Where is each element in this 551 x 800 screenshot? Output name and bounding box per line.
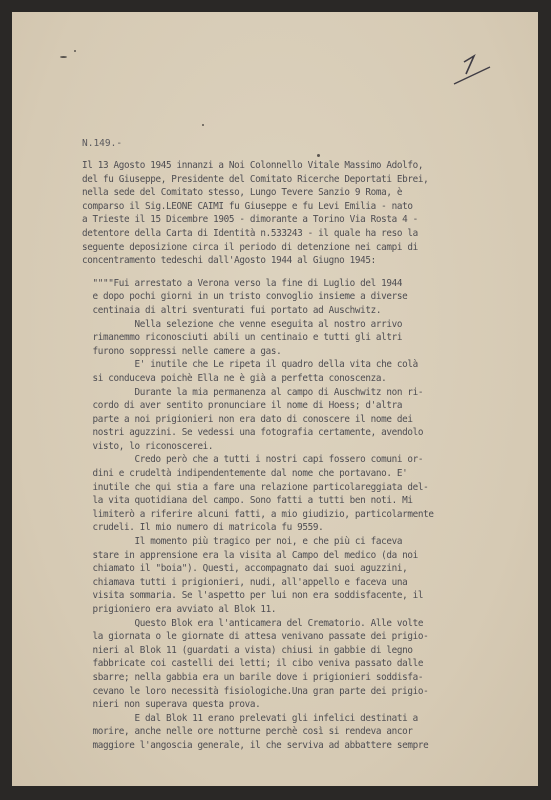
text-line: inutile che qui stia a fare una relazion… [82, 481, 532, 495]
text-line: Nella selezione che venne eseguita al no… [82, 318, 532, 332]
text-line: centinaia di altri sventurati fui portat… [82, 304, 532, 318]
text-line: crudeli. Il mio numero di matricola fu 9… [82, 521, 532, 535]
text-line: Questo Blok era l'anticamera del Cremato… [82, 617, 532, 631]
ink-speck [60, 56, 67, 58]
text-line: del fu Giuseppe, Presidente del Comitato… [82, 173, 532, 187]
text-line: chiamato il "boia"). Questi, accompagnat… [82, 562, 532, 576]
text-line: concentramento tedeschi dall'Agosto 1944… [82, 254, 532, 268]
text-line: cevano le loro necessità fisiologiche.Un… [82, 685, 532, 699]
text-line: si conduceva poichè Ella ne è già a perf… [82, 372, 532, 386]
text-line: parte a noi prigionieri non era dato di … [82, 413, 532, 427]
deposition-text: Il 13 Agosto 1945 innanzi a Noi Colonnel… [82, 159, 532, 753]
testimony-body: """"Fui arrestato a Verona verso la fine… [82, 277, 532, 753]
handwritten-page-number [452, 50, 502, 90]
text-line: visto, lo riconoscerei. [82, 440, 532, 454]
text-line: prigioniero era avviato al Blok 11. [82, 603, 532, 617]
text-line: rimanemmo riconosciuti abili un centinai… [82, 331, 532, 345]
ink-speck [74, 50, 76, 52]
text-line: nieri al Blok 11 (guardati a vista) chiu… [82, 644, 532, 658]
document-number: N.149.- [82, 138, 122, 149]
text-line: morire, anche nelle ore notturne perchè … [82, 725, 532, 739]
text-line: la vita quotidiana del campo. Sono fatti… [82, 494, 532, 508]
text-line: visita sommaria. Se l'aspetto per lui no… [82, 589, 532, 603]
ink-speck [202, 124, 204, 126]
text-line: stare in apprensione era la visita al Ca… [82, 549, 532, 563]
text-line: detentore della Carta di Identità n.5332… [82, 227, 532, 241]
text-line: nieri non superava questa prova. [82, 698, 532, 712]
text-line: maggiore l'angoscia generale, il che ser… [82, 739, 532, 753]
text-line: Durante la mia permanenza al campo di Au… [82, 386, 532, 400]
text-line: chiamava tutti i prigionieri, nudi, all'… [82, 576, 532, 590]
text-line: nostri aguzzini. Se vedessi una fotograf… [82, 426, 532, 440]
text-line: seguente deposizione circa il periodo di… [82, 241, 532, 255]
text-line: furono soppressi nelle camere a gas. [82, 345, 532, 359]
text-line: E' inutile che Le ripeta il quadro della… [82, 358, 532, 372]
text-line: E dal Blok 11 erano prelevati gli infeli… [82, 712, 532, 726]
text-line: nella sede del Comitato stesso, Lungo Te… [82, 186, 532, 200]
ink-speck [317, 154, 320, 157]
text-line: Credo però che a tutti i nostri capi fos… [82, 453, 532, 467]
intro-paragraph: Il 13 Agosto 1945 innanzi a Noi Colonnel… [82, 159, 532, 268]
text-line: cordo di aver sentito pronunciare il nom… [82, 399, 532, 413]
text-line: Il momento più tragico per noi, e che pi… [82, 535, 532, 549]
text-line: limiterò a riferire alcuni fatti, a mio … [82, 508, 532, 522]
text-line: dini e crudeltà indipendentemente dal no… [82, 467, 532, 481]
text-line: comparso il Sig.LEONE CAIMI fu Giuseppe … [82, 200, 532, 214]
text-line: a Trieste il 15 Dicembre 1905 - dimorant… [82, 213, 532, 227]
text-line: Il 13 Agosto 1945 innanzi a Noi Colonnel… [82, 159, 532, 173]
text-line: """"Fui arrestato a Verona verso la fine… [82, 277, 532, 291]
text-line: fabbricate coi castelli dei letti; il ci… [82, 657, 532, 671]
text-line: e dopo pochi giorni in un tristo convogl… [82, 290, 532, 304]
text-line: sbarre; nella gabbia era un barile dove … [82, 671, 532, 685]
text-line: la giornata o le giornate di attesa veni… [82, 630, 532, 644]
